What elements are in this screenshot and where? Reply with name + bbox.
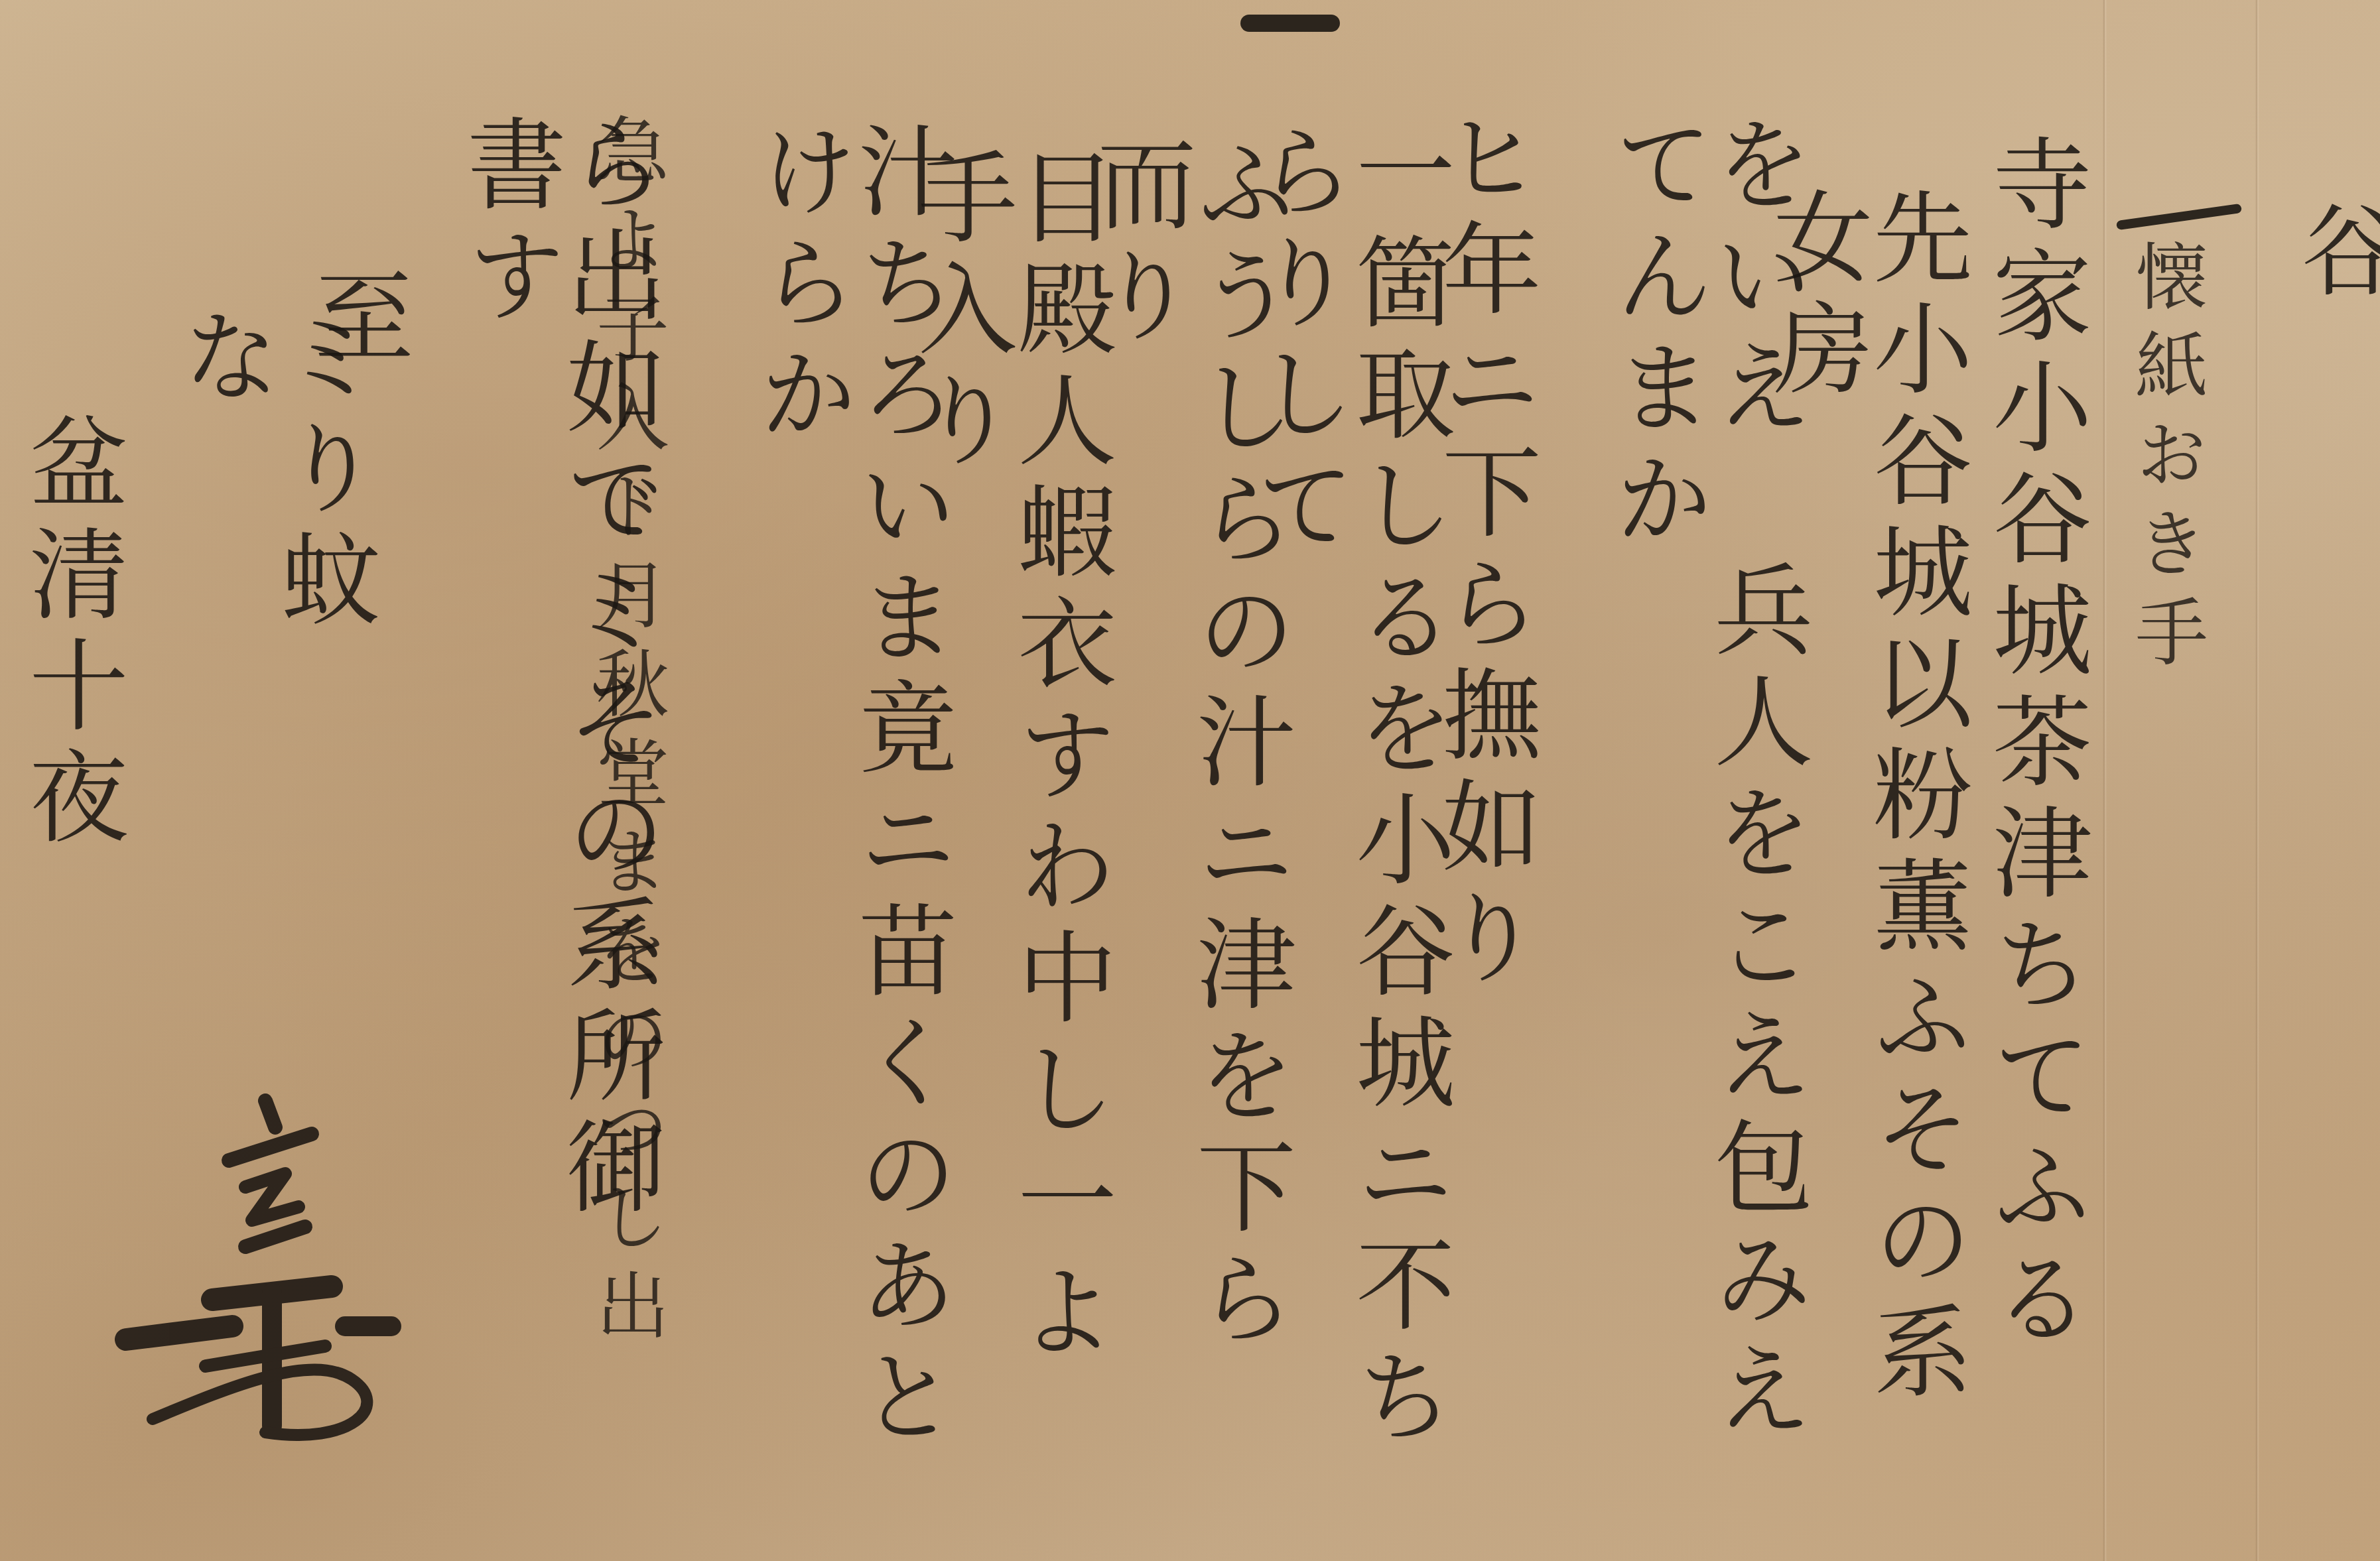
- text-column-3: 寺家小谷城茶津ちてふる: [1983, 133, 2083, 1525]
- text-column-10: 汁ちろいま竟ニ苗くのあとけらか: [750, 119, 949, 1512]
- text-column-15: 盆清十夜: [20, 411, 119, 875]
- text-column-14: ミり蚊な: [172, 305, 371, 703]
- item-marker-stroke: [2116, 204, 2242, 230]
- fold-line: [2255, 0, 2259, 1561]
- text-column-2: 懐紙おき手: [2129, 239, 2202, 902]
- text-column-5: をいえ 兵人をこえ包みえてんまか: [1605, 113, 1804, 1505]
- text-column-1: ヒ年ニ和ト城ノラシの小谷: [2292, 199, 2380, 1525]
- document-paper: ヒ年ニ和ト城ノラシの小谷 懐紙おき手 寺家小谷城茶津ちてふる 先小谷城以粉薫ふそ…: [0, 0, 2380, 1561]
- item-marker-stroke: [1240, 15, 1340, 32]
- text-column-8: ふうしらの汁ニ津を下ら而り: [1088, 133, 1287, 1393]
- fold-line: [2103, 0, 2107, 1561]
- kao-signature-mark: [113, 1088, 418, 1459]
- text-column-12: ら出如でミその系所御書す: [458, 113, 657, 1306]
